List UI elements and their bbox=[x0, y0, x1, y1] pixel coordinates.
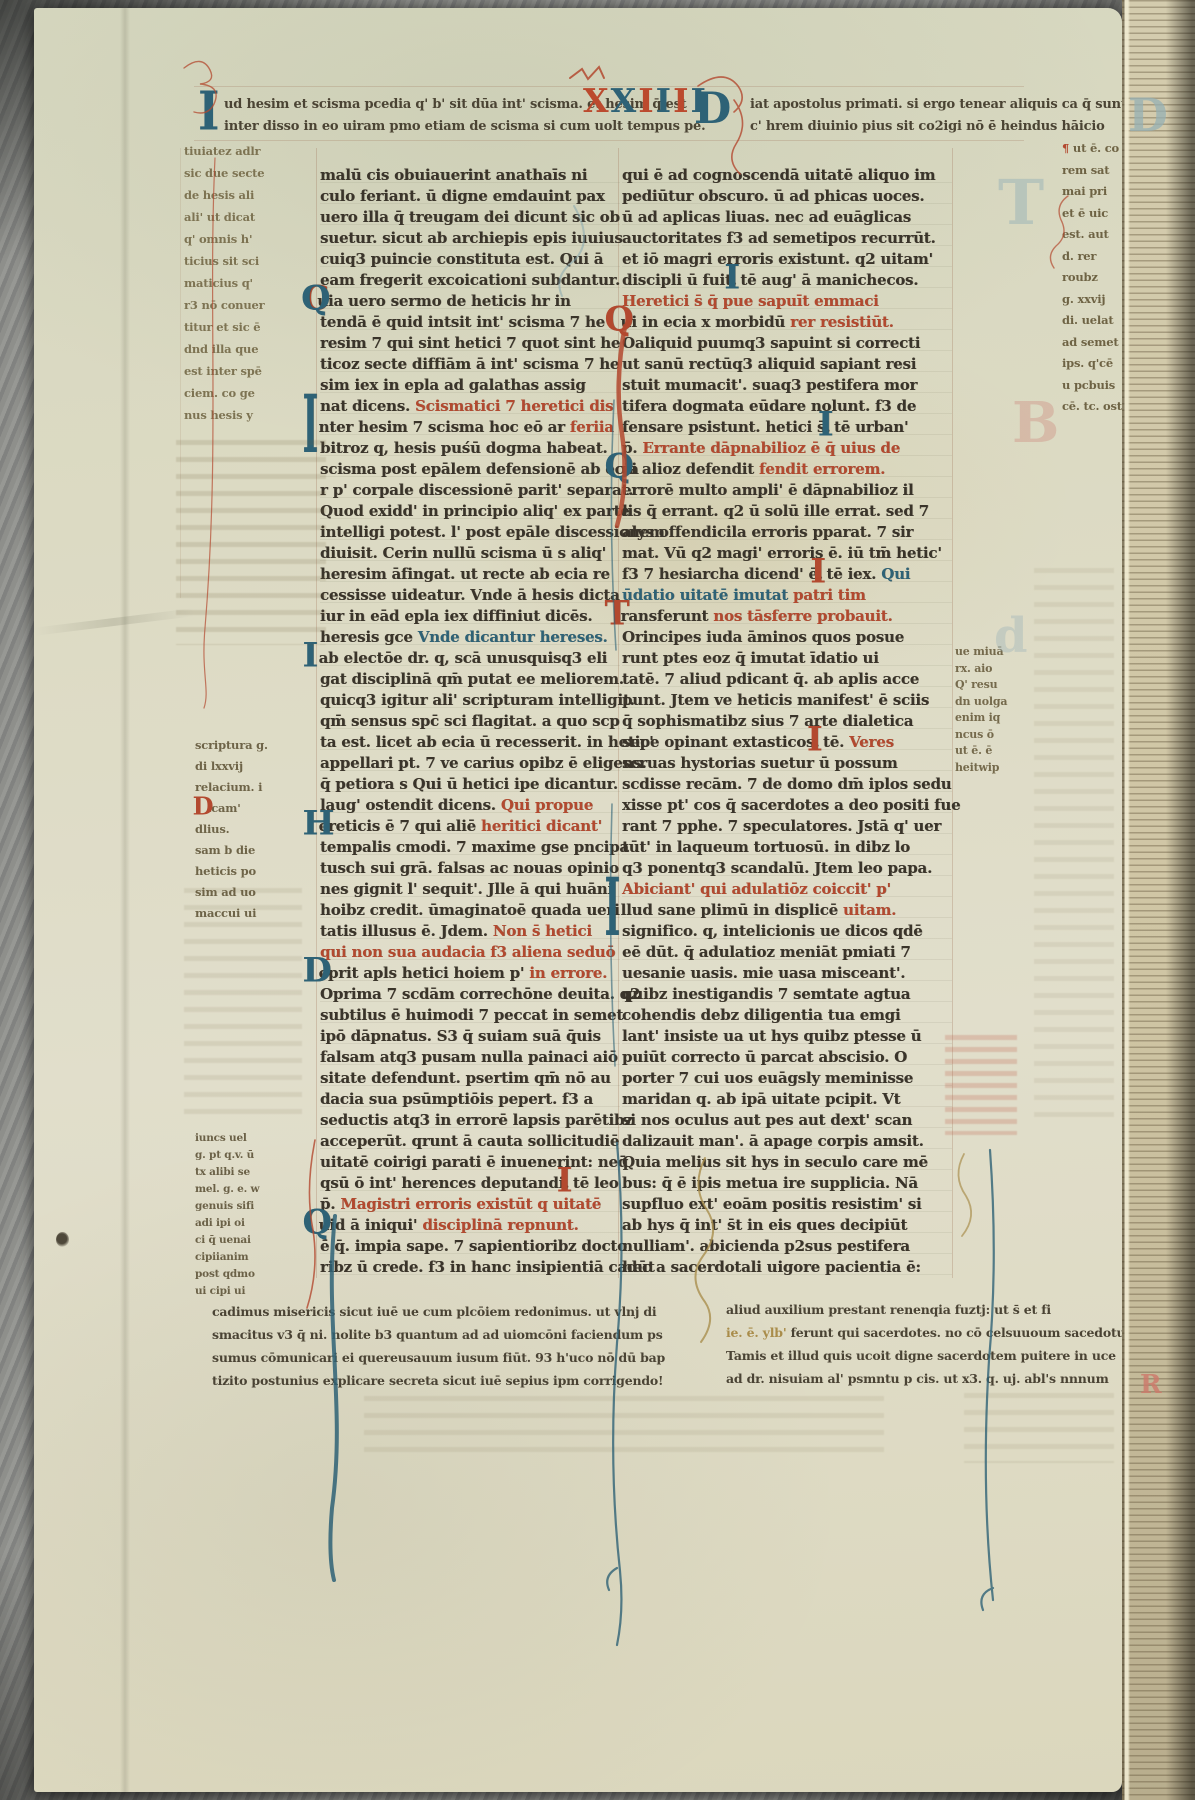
text-line: ticoz secte diffiām ā int' scisma 7 he bbox=[320, 354, 620, 375]
text-line: ¶ ut ē. co bbox=[1062, 138, 1125, 160]
body-text: Orincipes iuda āminos quos posue bbox=[622, 628, 904, 646]
body-text: iuncs uel bbox=[195, 1132, 247, 1144]
text-line: scisma post epālem defensionē ab ecia bbox=[320, 459, 620, 480]
body-text: ransferunt bbox=[621, 607, 714, 625]
text-line: qm̄ sensus spc̄ sci flagitat. a quo scp bbox=[320, 711, 620, 732]
text-line: auctoritates f3 ad semetipos recurrūt. bbox=[622, 228, 952, 249]
text-line: qsū ō int' herences deputandi. Itē leo bbox=[320, 1173, 620, 1194]
body-text: qm̄ sensus spc̄ sci flagitat. a quo scp bbox=[320, 712, 620, 730]
text-line: Abiciant' qui adulatiōz coiccit' p' bbox=[622, 879, 952, 900]
parchment-page: I ud hesim et scisma pcedia q' b' sit dū… bbox=[34, 8, 1122, 1792]
text-line: appellari pt. 7 ve carius opibz ē eligen… bbox=[320, 753, 620, 774]
text-line: tx alibi se bbox=[195, 1164, 259, 1181]
text-line: ē q̄. impia sape. 7 sapientioribz docto bbox=[320, 1236, 620, 1257]
text-line: ū ad aplicas liuas. nec ad euāglicas bbox=[622, 207, 952, 228]
body-text: eprit apls hetici hoiem p' bbox=[319, 964, 530, 982]
text-line: dacia sua psūmptiōis pepert. f3 a bbox=[320, 1089, 620, 1110]
body-text: ribz ū crede. f3 in hanc insipientiā cad… bbox=[320, 1258, 655, 1276]
text-line: ipō dāpnatus. S3 q̄ suiam suā q̄uis bbox=[320, 1026, 620, 1047]
body-text: culo feriant. ū digne emdauint pax bbox=[320, 187, 605, 205]
body-text: rx. aio bbox=[955, 662, 992, 675]
text-line: g. pt q.v. ū bbox=[195, 1147, 259, 1164]
text-line: ut ē. ē bbox=[955, 743, 1007, 760]
text-line: ut sanū rectūq3 aliquid sapiant resi bbox=[622, 354, 952, 375]
worm-hole bbox=[56, 1232, 69, 1247]
text-line: cadimus misericis sicut iuē ue cum plcōi… bbox=[212, 1300, 665, 1323]
rubric-text: I bbox=[638, 81, 655, 120]
text-line: Illud sane plimū in displicē uitam. bbox=[622, 900, 952, 921]
text-line: tendā ē quid intsit int' scisma 7 he bbox=[320, 312, 620, 333]
right-margin-gloss-top: ¶ ut ē. corem satmai priet ē uicest. aut… bbox=[1062, 138, 1125, 418]
text-line: iat apostolus primati. si ergo tenear al… bbox=[750, 94, 1127, 116]
body-text: mai pri bbox=[1062, 184, 1107, 198]
body-text: smacitus v3 q̄ ni. nolite b3 quantum ad … bbox=[212, 1327, 663, 1342]
body-text: sim iex in epla ad galathas assig bbox=[320, 376, 586, 394]
text-line: ips. q'cē bbox=[1062, 353, 1125, 375]
bleed-through-initial: d bbox=[994, 608, 1028, 664]
text-line: q' omnis h' bbox=[184, 228, 264, 250]
text-line: laug' ostendit dicens. Qui propue bbox=[320, 795, 620, 816]
manuscript-photo: I ud hesim et scisma pcedia q' b' sit dū… bbox=[0, 0, 1195, 1800]
rubric-text: Veres bbox=[849, 733, 894, 751]
body-text: maridan q. ab ipā uitate pcipit. Vt bbox=[622, 1090, 900, 1108]
body-text: ticius sit sci bbox=[184, 254, 259, 268]
body-text: stuit mumacit'. suaq3 pestifera mor bbox=[622, 376, 917, 394]
body-text: significo. q, intelicionis ue dicos qdē bbox=[622, 922, 923, 940]
body-text: ali' ut dicat bbox=[184, 210, 255, 224]
body-text: cohendis debz diligentia tua emgi bbox=[622, 1006, 900, 1024]
text-line: tatē. 7 aliud pdicant q̄. ab aplis acce bbox=[622, 669, 952, 690]
body-text: iur in eād epla iex diffiniut dicēs. bbox=[320, 607, 592, 625]
bleed-through-initial: T bbox=[998, 166, 1044, 239]
body-text: Q' resu bbox=[955, 678, 997, 691]
body-text: ui alioz defendit bbox=[621, 460, 759, 478]
body-text: ips. q'cē bbox=[1062, 356, 1113, 370]
text-line: Q' resu bbox=[955, 677, 1007, 694]
body-text: post qdmo bbox=[195, 1268, 255, 1280]
body-text: porter 7 cui uos euāgsly meminisse bbox=[622, 1069, 913, 1087]
body-text: rant 7 pphe. 7 speculatores. Jstā q' uer bbox=[622, 817, 941, 835]
text-line: heresis gce Vnde dicantur hereses. bbox=[320, 627, 620, 648]
text-line: di. uelat bbox=[1062, 310, 1125, 332]
text-line: et ē uic bbox=[1062, 203, 1125, 225]
body-text: adi ipi oi bbox=[195, 1217, 245, 1229]
body-text: mel. g. e. w bbox=[195, 1183, 259, 1195]
text-line: ticius sit sci bbox=[184, 250, 264, 272]
body-text: rem sat bbox=[1062, 163, 1109, 177]
body-text: falsam atq3 pusam nulla painaci aiō bbox=[320, 1048, 618, 1066]
text-line: Heretici s̄ q̄ pue sapuīt emmaci bbox=[622, 291, 952, 312]
text-line: nus hesis y bbox=[184, 404, 264, 426]
text-line: sam b die bbox=[195, 840, 268, 861]
text-line: tifera dogmata eūdare nolunt. f3 de bbox=[622, 396, 952, 417]
text-line: cuiq3 puincie constituta est. Qui ā bbox=[320, 249, 620, 270]
text-line: aliud auxilium prestant renenqia fuztj: … bbox=[726, 1298, 1138, 1321]
rubric-text: Heretici s̄ q̄ pue sapuīt emmaci bbox=[622, 292, 879, 310]
text-line: tizito postunius explicare secreta sicut… bbox=[212, 1369, 665, 1392]
text-line: maticius q' bbox=[184, 272, 264, 294]
body-text: eē dūt. q̄ adulatioz meniāt pmiati 7 bbox=[622, 943, 911, 961]
body-text: malū cis obuiauerint anathaīs ni bbox=[320, 166, 587, 184]
text-line: lis q̄ errant. q2 ū solū ille errat. sed… bbox=[622, 501, 952, 522]
text-line: acceperūt. qrunt ā cauta sollicitudiē bbox=[320, 1131, 620, 1152]
body-text: ereticis ē 7 qui aliē bbox=[319, 817, 481, 835]
body-text: est. aut bbox=[1062, 227, 1109, 241]
body-text: heresis gce bbox=[320, 628, 418, 646]
body-text: tatē. 7 aliud pdicant q̄. ab aplis acce bbox=[622, 670, 919, 688]
text-column-right: qui ē ad cognoscendā uitatē aliquo imped… bbox=[622, 165, 952, 1278]
rubric-text: Abiciant' qui adulatiōz coiccit' p' bbox=[622, 880, 891, 898]
text-line: post qdmo bbox=[195, 1266, 259, 1283]
body-text: est inter spē bbox=[184, 364, 262, 378]
body-text: ad dr. nisuiam al' psmntu p cis. ut x3. … bbox=[726, 1371, 1109, 1386]
body-text: llud sane plimū in displicē bbox=[621, 901, 843, 919]
body-text: q̄ petiora s Qui ū hetici ipe dicantur. bbox=[320, 775, 618, 793]
text-line: pediūtur obscuro. ū ad phicas uoces. bbox=[622, 186, 952, 207]
text-line: cipiianim bbox=[195, 1249, 259, 1266]
text-line: Inter hesim 7 scisma hoc eō ar feriia bbox=[320, 417, 620, 438]
body-text: ab electōe dr. q, scā unusquisq3 eli bbox=[319, 649, 608, 667]
text-line: ali' ut dicat bbox=[184, 206, 264, 228]
body-text: ui in ecia x morbidū bbox=[621, 313, 791, 331]
body-text: eam fregerit excoicationi subdantur. bbox=[320, 271, 620, 289]
body-text: ut sanū rectūq3 aliquid sapiant resi bbox=[622, 355, 916, 373]
body-text: uia uero sermo de heticis hr in bbox=[317, 292, 570, 310]
text-line: et iō magri erroris existunt. q2 uitam' bbox=[622, 249, 952, 270]
text-line: stuit mumacit'. suaq3 pestifera mor bbox=[622, 375, 952, 396]
text-line: ui cipi ui bbox=[195, 1283, 259, 1300]
text-line: p̄. Magistri erroris existūt q uitatē bbox=[320, 1194, 620, 1215]
body-text: r3 nō conuer bbox=[184, 298, 264, 312]
text-line: rant 7 pphe. 7 speculatores. Jstā q' uer bbox=[622, 816, 952, 837]
body-text: tusch sui grā. falsas ac nouas opinio bbox=[320, 859, 619, 877]
text-line: discipli ū fuit. Itē aug' ā manichecos. bbox=[622, 270, 952, 291]
body-text: heresim āfingat. ut recte ab ecia re bbox=[320, 565, 610, 583]
ruling-line bbox=[194, 140, 1024, 141]
text-line: errorē multo ampli' ē dāpnabilioz il bbox=[622, 480, 952, 501]
text-line: p̄. Errante dāpnabilioz ē q̄ uius de bbox=[622, 438, 952, 459]
text-line: q3 ponentq3 scandalū. Jtem leo papa. bbox=[622, 858, 952, 879]
text-line: significo. q, intelicionis ue dicos qdē bbox=[622, 921, 952, 942]
text-line: Oaliquid puumq3 sapuint si correcti bbox=[622, 333, 952, 354]
body-text: sumus cōmunicari ei quereusauum iusum fi… bbox=[212, 1350, 665, 1365]
body-text: inter disso in eo uiram pmo etiam de sci… bbox=[224, 119, 705, 134]
body-text: genuis sifi bbox=[195, 1200, 254, 1212]
header-intro-right: iat apostolus primati. si ergo tenear al… bbox=[750, 94, 1127, 137]
body-text: ui cipi ui bbox=[195, 1285, 245, 1297]
text-line: scruas hystorias suetur ū possum bbox=[622, 753, 952, 774]
body-text: et iō magri erroris existunt. q2 uitam' bbox=[622, 250, 933, 268]
body-text: cuiq3 puincie constituta est. Qui ā bbox=[320, 250, 603, 268]
text-line: maridan q. ab ipā uitate pcipit. Vt bbox=[622, 1089, 952, 1110]
text-line: gat disciplinā qm̄ putat ee meliorem. bbox=[320, 669, 620, 690]
bleed-through-text bbox=[184, 888, 302, 1118]
body-text: tē iex. bbox=[826, 565, 881, 583]
rubric-text: disciplinā repnunt. bbox=[422, 1216, 578, 1234]
text-line: genuis sifi bbox=[195, 1198, 259, 1215]
body-text: ie. ē. ylb' bbox=[726, 1325, 791, 1340]
body-text: di. uelat bbox=[1062, 313, 1113, 327]
text-line: Hereticis ē 7 qui aliē heritici dicant' bbox=[320, 816, 620, 837]
body-text: dn uolga bbox=[955, 695, 1007, 708]
body-text: tē leo bbox=[573, 1174, 619, 1192]
text-line: sumus cōmunicari ei quereusauum iusum fi… bbox=[212, 1346, 665, 1369]
body-text: auctoritates f3 ad semetipos recurrūt. bbox=[622, 229, 936, 247]
text-line: lant' insiste ua ut hys quibz ptesse ū bbox=[622, 1026, 952, 1047]
body-text: qsū ō int' herences deputandi. bbox=[320, 1174, 574, 1192]
text-line: sitate defendunt. psertim qm̄ nō au bbox=[320, 1068, 620, 1089]
rubric-text: Errante dāpnabilioz ē q̄ uius de bbox=[642, 439, 900, 457]
rubric-text: Qui propue bbox=[501, 796, 593, 814]
text-line: tūt' in laqueum tortuosū. in dibz lo bbox=[622, 837, 952, 858]
body-text: sepe opinant extasticos. bbox=[622, 733, 824, 751]
text-line: tatis illusus ē. Jdem. Non s̄ hetici bbox=[320, 921, 620, 942]
body-text: q' omnis h' bbox=[184, 232, 252, 246]
text-line: de hesis ali bbox=[184, 184, 264, 206]
body-text: iat apostolus primati. si ergo tenear al… bbox=[750, 97, 1127, 112]
text-line: bitroz q, hesis puśū dogma habeat. bbox=[320, 438, 620, 459]
body-text: tē aug' ā manichecos. bbox=[740, 271, 918, 289]
rubric-text: fendit errorem. bbox=[759, 460, 885, 478]
text-line: cohendis debz diligentia tua emgi bbox=[622, 1005, 952, 1026]
body-text: ticoz secte diffiām ā int' scisma 7 he bbox=[320, 355, 619, 373]
body-text: supfluo ext' eoām positis resistim' si bbox=[622, 1195, 922, 1213]
rubric-text: qui non sua audacia f3 aliena seduō bbox=[320, 943, 615, 961]
text-line: uesanie uasis. mie uasa misceant'. bbox=[622, 963, 952, 984]
blue-text: I bbox=[656, 81, 673, 120]
bleed-through-text bbox=[1034, 568, 1114, 1128]
body-text: nulliam'. abicienda p2sus pestifera bbox=[622, 1237, 910, 1255]
text-line: Qui in ecia x morbidū rer resistiūt. bbox=[622, 312, 952, 333]
body-text: u pcbuis bbox=[1062, 378, 1115, 392]
body-text: lant' insiste ua ut hys quibz ptesse ū bbox=[622, 1027, 921, 1045]
body-text: appellari pt. 7 ve carius opibz ē eligen… bbox=[320, 754, 647, 772]
text-line: Oprima 7 scdām correchōne deuita. q2 bbox=[320, 984, 620, 1005]
blue-text: X bbox=[611, 81, 639, 120]
text-line: ci q̄ uenai bbox=[195, 1232, 259, 1249]
body-text: scisma post epālem defensionē ab ecia bbox=[320, 460, 639, 478]
text-line: Transferunt nos tāsferre probauit. bbox=[622, 606, 952, 627]
text-line: ūdatio uitatē imutat patri tim bbox=[622, 585, 952, 606]
body-text: errorē multo ampli' ē dāpnabilioz il bbox=[622, 481, 914, 499]
body-text: aliud auxilium prestant renenqia fuztj: … bbox=[726, 1302, 1051, 1317]
text-line: intelligi potest. l' post epāle discessi… bbox=[320, 522, 620, 543]
bleed-through-text bbox=[964, 1393, 1114, 1463]
body-text: uero illa q̄ treugam dei dicunt sic ob bbox=[320, 208, 620, 226]
text-line: hoibz credit. ūmaginatoē quada ueri bbox=[320, 900, 620, 921]
body-text: maticius q' bbox=[184, 276, 253, 290]
text-line: qui non sua audacia f3 aliena seduō bbox=[320, 942, 620, 963]
text-line: tempalis cmodi. 7 maxime gse pncipa bbox=[320, 837, 620, 858]
body-text: di lxxvij bbox=[195, 759, 243, 773]
body-text: heticis po bbox=[195, 864, 256, 878]
header-initial-d: D bbox=[694, 88, 731, 131]
body-text: q3 ponentq3 scandalū. Jtem leo papa. bbox=[622, 859, 932, 877]
body-text: ut ē. co bbox=[1073, 141, 1119, 155]
text-line: sim iex in epla ad galathas assig bbox=[320, 375, 620, 396]
rubric-text: feriia bbox=[570, 418, 614, 436]
text-line: cessisse uideatur. Vnde ā hesis dicta bbox=[320, 585, 620, 606]
body-text: Quod exidd' in principio aliq' ex parte bbox=[320, 502, 630, 520]
text-line: resim 7 qui sint hetici 7 quot sint he bbox=[320, 333, 620, 354]
body-text: sam b die bbox=[195, 843, 255, 857]
body-text: Oprima 7 scdām correchōne deuita. q2 bbox=[320, 985, 640, 1003]
body-text: bus: q̄ ē ipis metua ire supplicia. Nā bbox=[622, 1174, 918, 1192]
blue-text: Qui bbox=[881, 565, 910, 583]
body-text: xisse pt' cos q̄ sacerdotes a deo positi… bbox=[622, 796, 960, 814]
text-line: ciem. co ge bbox=[184, 382, 264, 404]
text-line: scriptura g. bbox=[195, 735, 268, 756]
body-text: dacia sua psūmptiōis pepert. f3 a bbox=[320, 1090, 593, 1108]
body-text: tempalis cmodi. 7 maxime gse pncipa bbox=[320, 838, 629, 856]
text-line: culo feriant. ū digne emdauint pax bbox=[320, 186, 620, 207]
body-text: ipō dāpnatus. S3 q̄ suiam suā q̄uis bbox=[320, 1027, 601, 1045]
rubric-text: heritici dicant' bbox=[481, 817, 602, 835]
text-line: mai pri bbox=[1062, 181, 1125, 203]
body-text: lis q̄ errant. q2 ū solū ille errat. sed… bbox=[622, 502, 929, 520]
blue-text: Vnde dicantur hereses. bbox=[418, 628, 608, 646]
text-line: malū cis obuiauerint anathaīs ni bbox=[320, 165, 620, 186]
body-text: cadimus misericis sicut iuē ue cum plcōi… bbox=[212, 1304, 656, 1319]
body-text: quicq3 igitur ali' scripturam intelligit… bbox=[320, 691, 635, 709]
text-line: q̄ petiora s Qui ū hetici ipe dicantur. bbox=[320, 774, 620, 795]
chapter-number-xxiiii: XXIIII bbox=[583, 84, 708, 117]
text-line: si nos oculus aut pes aut dext' scan bbox=[622, 1110, 952, 1131]
text-line: Tamis et illud quis ucoit digne sacerdot… bbox=[726, 1344, 1138, 1367]
text-line: dlius. bbox=[195, 819, 268, 840]
body-text: seductis atq3 in errorē lapsis parētibz bbox=[320, 1111, 633, 1129]
bottom-note-right: aliud auxilium prestant renenqia fuztj: … bbox=[726, 1298, 1138, 1390]
text-line: adi ipi oi bbox=[195, 1215, 259, 1232]
text-line: eē dūt. q̄ adulatioz meniāt pmiati 7 bbox=[622, 942, 952, 963]
body-text: hoibz credit. ūmaginatoē quada ueri bbox=[320, 901, 620, 919]
text-line: Quia melius sit hys in seculo care mē bbox=[622, 1152, 952, 1173]
body-text: hec a sacerdotali uigore pacientia ē: bbox=[622, 1258, 921, 1276]
text-line: d. rer bbox=[1062, 246, 1125, 268]
body-text: bitroz q, hesis puśū dogma habeat. bbox=[320, 439, 607, 457]
text-line: eam fregerit excoicationi subdantur. bbox=[320, 270, 620, 291]
body-text: et ē uic bbox=[1062, 206, 1108, 220]
body-text: ad semet bbox=[1062, 335, 1118, 349]
text-line: u pcbuis bbox=[1062, 375, 1125, 397]
body-text: cipiianim bbox=[195, 1251, 248, 1263]
text-line: tusch sui grā. falsas ac nouas opinio bbox=[320, 858, 620, 879]
text-line: ribz ū crede. f3 in hanc insipientiā cad… bbox=[320, 1257, 620, 1278]
body-text: quibz inestigandis 7 semtate agtua bbox=[622, 985, 910, 1003]
body-text: tatis illusus ē. Jdem. bbox=[320, 922, 493, 940]
body-text: diuisit. Cerin nullū scisma ū s aliq' bbox=[320, 544, 606, 562]
text-line: Qui alioz defendit fendit errorem. bbox=[622, 459, 952, 480]
text-line: sepe opinant extasticos. Itē. Veres bbox=[622, 732, 952, 753]
body-text: suetur. sicut ab archiepis epis iuuius bbox=[320, 229, 623, 247]
under-page-initial: D bbox=[1128, 92, 1168, 138]
text-line: suetur. sicut ab archiepis epis iuuius bbox=[320, 228, 620, 249]
body-text: nat dicens. bbox=[320, 397, 415, 415]
text-line: est inter spē bbox=[184, 360, 264, 382]
body-text: ciem. co ge bbox=[184, 386, 255, 400]
text-line: c' hrem diuinio pius sit co2igi nō ē hei… bbox=[750, 116, 1127, 138]
text-line: Dicam' bbox=[195, 798, 268, 819]
text-line: f3 7 hesiarcha dicend' ē. Itē iex. Qui bbox=[622, 564, 952, 585]
rubric-text: uitam. bbox=[843, 901, 896, 919]
body-text: pediūtur obscuro. ū ad phicas uoces. bbox=[622, 187, 924, 205]
rubric-text: Non s̄ hetici bbox=[493, 922, 592, 940]
body-text: uid ā iniqui' bbox=[319, 1216, 423, 1234]
left-margin-gloss-top: tiuiatez adlrsic due sectede hesis alial… bbox=[184, 140, 264, 426]
text-line: di lxxvij bbox=[195, 756, 268, 777]
text-line: ie. ē. ylb' ferunt qui sacerdotes. no cō… bbox=[726, 1321, 1138, 1344]
crease-line bbox=[34, 608, 194, 635]
rubric-text: ¶ bbox=[1062, 141, 1073, 155]
text-line: Quid ā iniqui' disciplinā repnunt. bbox=[320, 1215, 620, 1236]
rubric-text: nos tāsferre probauit. bbox=[713, 607, 892, 625]
body-text: uitatē coirigi parati ē inuenerint: neq̄ bbox=[320, 1153, 628, 1171]
text-line: falsam atq3 pusam nulla painaci aiō bbox=[320, 1047, 620, 1068]
body-text: tūt' in laqueum tortuosū. in dibz lo bbox=[622, 838, 910, 856]
body-text: de hesis ali bbox=[184, 188, 254, 202]
body-text: dnd illa que bbox=[184, 342, 258, 356]
text-line: ncus ō bbox=[955, 727, 1007, 744]
text-line: supfluo ext' eoām positis resistim' si bbox=[622, 1194, 952, 1215]
text-line: Iab electōe dr. q, scā unusquisq3 eli bbox=[320, 648, 620, 669]
body-text: laug' ostendit dicens. bbox=[320, 796, 501, 814]
text-line: uero illa q̄ treugam dei dicunt sic ob bbox=[320, 207, 620, 228]
bleed-through-initial: B bbox=[1012, 390, 1059, 456]
ruling-line bbox=[316, 148, 317, 1278]
text-line: nulliam'. abicienda p2sus pestifera bbox=[622, 1236, 952, 1257]
text-line: Quod exidd' in principio aliq' ex parte bbox=[320, 501, 620, 522]
body-text: punt. Jtem ve heticis manifest' ē sciis bbox=[622, 691, 929, 709]
text-line: mat. Vū q2 magi' erroris ē. iū tm̄ hetic… bbox=[622, 543, 952, 564]
text-line: scdisse recām. 7 de domo dm̄ iplos sedu bbox=[622, 774, 952, 795]
bleed-through-text bbox=[364, 1396, 884, 1454]
body-text: qui ē ad cognoscendā uitatē aliquo im bbox=[622, 166, 935, 184]
text-line: sic due secte bbox=[184, 162, 264, 184]
body-text: nus hesis y bbox=[184, 408, 253, 422]
text-line: Orincipes iuda āminos quos posue bbox=[622, 627, 952, 648]
text-line: dalizauit man'. ā apage corpis amsit. bbox=[622, 1131, 952, 1152]
body-text: cē. tc. ost' bbox=[1062, 399, 1125, 413]
body-text: scruas hystorias suetur ū possum bbox=[622, 754, 898, 772]
body-text: tiuiatez adlr bbox=[184, 144, 260, 158]
text-line: rem sat bbox=[1062, 160, 1125, 182]
text-line: iuncs uel bbox=[195, 1130, 259, 1147]
text-line: enim iq bbox=[955, 710, 1007, 727]
body-text: runt ptes eoz q̄ imutat īdatio ui bbox=[622, 649, 879, 667]
text-line: dn uolga bbox=[955, 694, 1007, 711]
quire-signature: R bbox=[1140, 1372, 1162, 1398]
text-line: iur in eād epla iex diffiniut dicēs. bbox=[320, 606, 620, 627]
body-text: scdisse recām. 7 de domo dm̄ iplos sedu bbox=[622, 775, 951, 793]
body-text: ut ē. ē bbox=[955, 744, 992, 757]
body-text: ta est. licet ab ecia ū recesserit. in h… bbox=[320, 733, 654, 751]
header-initial-i: I bbox=[198, 85, 220, 138]
text-line: smacitus v3 q̄ ni. nolite b3 quantum ad … bbox=[212, 1323, 665, 1346]
text-line: cē. tc. ost' bbox=[1062, 396, 1125, 418]
body-text: resim 7 qui sint hetici 7 quot sint he bbox=[320, 334, 620, 352]
body-text: Oaliquid puumq3 sapuint si correcti bbox=[622, 334, 920, 352]
text-line: uitatē coirigi parati ē inuenerint: neq̄ bbox=[320, 1152, 620, 1173]
body-text: si nos oculus aut pes aut dext' scan bbox=[622, 1111, 912, 1129]
text-line: alys offendicila erroris pparat. 7 sir bbox=[622, 522, 952, 543]
text-line: roubz bbox=[1062, 267, 1125, 289]
body-text: g. xxvij bbox=[1062, 292, 1105, 306]
body-text: tx alibi se bbox=[195, 1166, 250, 1178]
text-line: nat dicens. Scismatici 7 heretici dis bbox=[320, 396, 620, 417]
body-text: ab hys q̄ int' s̄t in eis ques decipiūt bbox=[622, 1216, 907, 1234]
text-line: ta est. licet ab ecia ū recesserit. in h… bbox=[320, 732, 620, 753]
text-line: bus: q̄ ē ipis metua ire supplicia. Nā bbox=[622, 1173, 952, 1194]
